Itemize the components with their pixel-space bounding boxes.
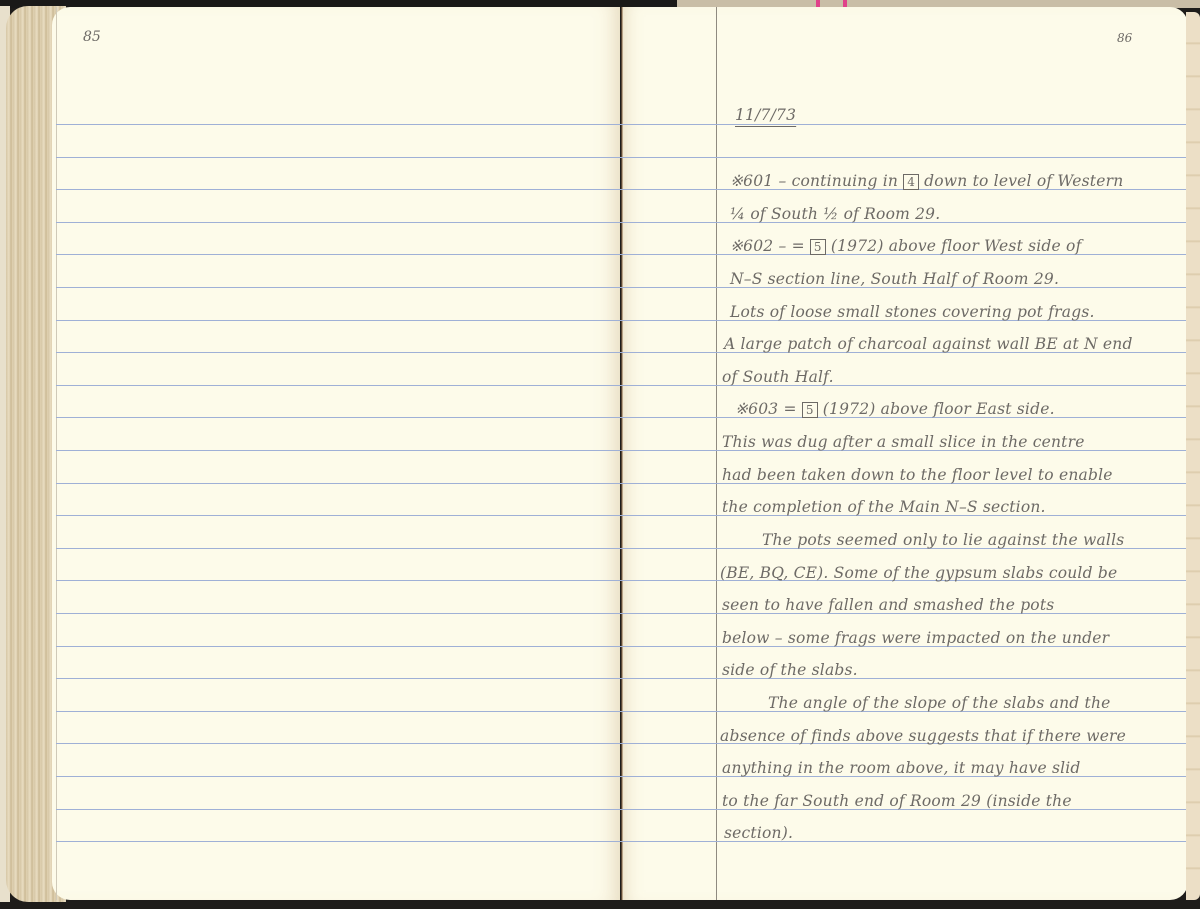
binding-gutter [621, 7, 623, 900]
note-line: seen to have fallen and smashed the pots [722, 596, 1054, 614]
entry-date: 11/7/73 [735, 106, 796, 124]
note-line: of South Half. [722, 368, 834, 386]
note-line: This was dug after a small slice in the … [722, 433, 1085, 451]
note-line: ※601 – continuing in 4 down to level of … [730, 172, 1123, 190]
page-number-left: 85 [83, 29, 101, 45]
note-line: ※603 = 5 (1972) above floor East side. [735, 400, 1055, 418]
margin-line-left [56, 7, 57, 900]
note-line: anything in the room above, it may have … [722, 759, 1081, 777]
note-line: N–S section line, South Half of Room 29. [730, 270, 1059, 288]
note-line: section). [724, 824, 793, 842]
note-line: to the far South end of Room 29 (inside … [722, 792, 1072, 810]
note-line: The angle of the slope of the slabs and … [768, 694, 1111, 712]
left-page: 85 [52, 7, 620, 900]
note-line: Lots of loose small stones covering pot … [730, 303, 1095, 321]
underlying-pages-edge [1186, 12, 1200, 900]
ruled-line [56, 124, 1186, 125]
note-line: ¼ of South ½ of Room 29. [730, 205, 940, 223]
note-line: side of the slabs. [722, 661, 858, 679]
ruled-line [56, 222, 1186, 223]
note-line: A large patch of charcoal against wall B… [724, 335, 1133, 353]
note-line: below – some frags were impacted on the … [722, 629, 1109, 647]
note-line: The pots seemed only to lie against the … [762, 531, 1124, 549]
note-line: (BE, BQ, CE). Some of the gypsum slabs c… [720, 564, 1117, 582]
note-line: ※602 – = 5 (1972) above floor West side … [730, 237, 1082, 255]
note-line: the completion of the Main N–S section. [722, 498, 1046, 516]
note-line: had been taken down to the floor level t… [722, 466, 1113, 484]
margin-line-right [716, 7, 717, 900]
page-number-right: 86 [1117, 31, 1132, 45]
ruled-line [56, 157, 1186, 158]
ruled-line [56, 385, 1186, 386]
note-line: absence of finds above suggests that if … [720, 727, 1126, 745]
ruled-line [56, 678, 1186, 679]
open-notebook: 85 86 11/7/73 ※601 – continuing in 4 dow… [0, 0, 1200, 909]
ruled-line [56, 841, 1186, 842]
